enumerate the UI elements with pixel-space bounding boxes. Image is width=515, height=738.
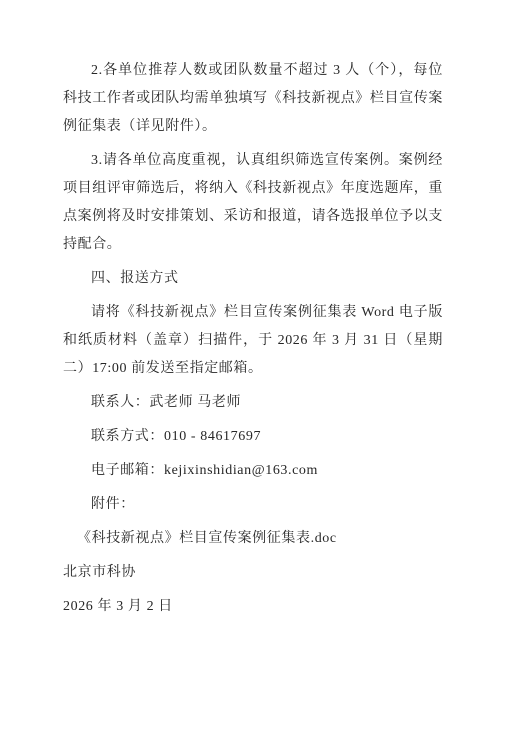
attachment-file-name: 《科技新视点》栏目宣传案例征集表.doc: [63, 525, 443, 553]
document-page: 2.各单位推荐人数或团队数量不超过 3 人（个），每位科技工作者或团队均需单独填…: [0, 0, 515, 738]
paragraph-item-2: 2.各单位推荐人数或团队数量不超过 3 人（个），每位科技工作者或团队均需单独填…: [63, 57, 443, 141]
signature-date: 2026 年 3 月 2 日: [63, 593, 443, 621]
paragraph-submission: 请将《科技新视点》栏目宣传案例征集表 Word 电子版和纸质材料（盖章）扫描件，…: [63, 299, 443, 383]
paragraph-item-3: 3.请各单位高度重视，认真组织筛选宣传案例。案例经项目组评审筛选后，将纳入《科技…: [63, 147, 443, 259]
contact-person-line: 联系人：武老师 马老师: [63, 389, 443, 417]
attachment-label: 附件：: [63, 491, 443, 519]
signature-organization: 北京市科协: [63, 559, 443, 587]
contact-phone-line: 联系方式：010 - 84617697: [63, 423, 443, 451]
section-heading-submission-method: 四、报送方式: [63, 265, 443, 293]
contact-email-line: 电子邮箱：kejixinshidian@163.com: [63, 457, 443, 485]
